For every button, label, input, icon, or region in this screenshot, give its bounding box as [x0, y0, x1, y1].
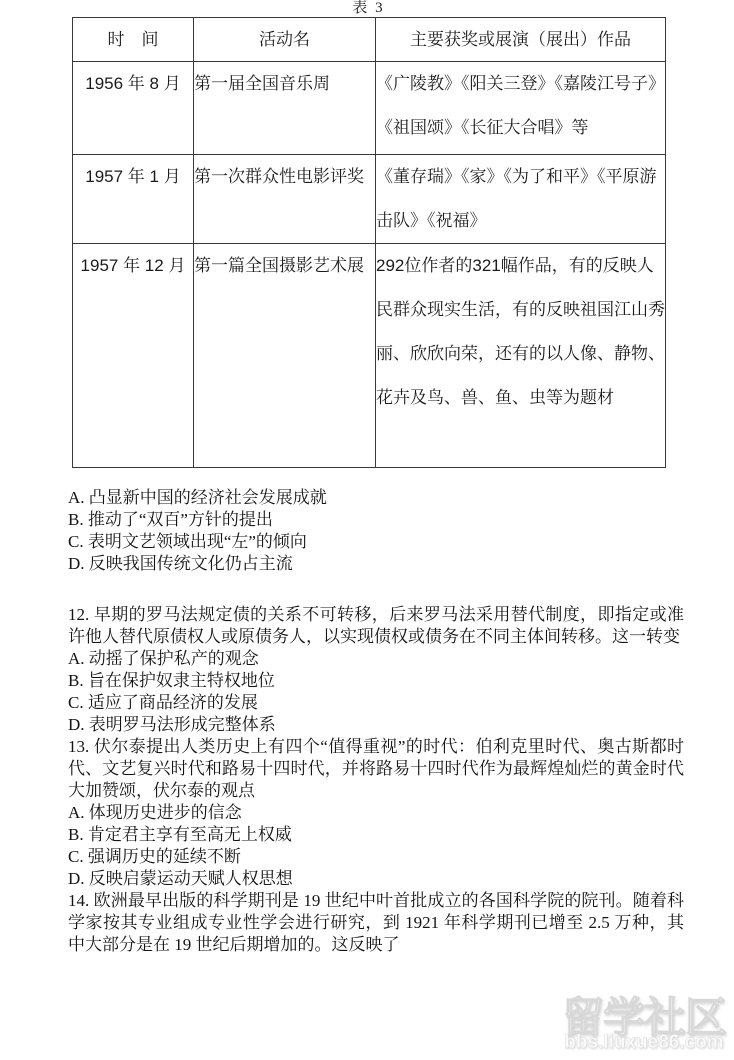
row2-works: 《董存瑞》《家》《为了和平》《平原游击队》《祝福》 [376, 155, 666, 244]
option-12-b: B. 旨在保护奴隶主特权地位 [68, 670, 684, 692]
spacer [68, 575, 684, 604]
row1-works: 《广陵教》《阳关三登》《嘉陵江号子》《祖国颂》《长征大合唱》等 [376, 62, 666, 155]
option-13-c: C. 强调历史的延续不断 [68, 846, 684, 868]
option-13-b: B. 肯定君主享有至高无上权威 [68, 824, 684, 846]
question-12-stem: 12. 早期的罗马法规定债的关系不可转移，后来罗马法采用替代制度，即指定或准许他… [68, 604, 684, 648]
option-11-b: B. 推动了“双百”方针的提出 [68, 509, 684, 531]
option-13-d: D. 反映启蒙运动天赋人权思想 [68, 868, 684, 890]
question-11-options: A. 凸显新中国的经济社会发展成就 B. 推动了“双百”方针的提出 C. 表明文… [68, 487, 684, 575]
option-12-d: D. 表明罗马法形成完整体系 [68, 714, 684, 736]
row1-activity: 第一届全国音乐周 [194, 62, 376, 155]
option-13-a: A. 体现历史进步的信念 [68, 802, 684, 824]
option-11-a: A. 凸显新中国的经济社会发展成就 [68, 487, 684, 509]
option-12-a: A. 动摇了保护私产的观念 [68, 648, 684, 670]
watermark-url: bbs.liuxue86.com [554, 1032, 734, 1054]
question-12-options: A. 动摇了保护私产的观念 B. 旨在保护奴隶主特权地位 C. 适应了商品经济的… [68, 648, 684, 736]
option-11-d: D. 反映我国传统文化仍占主流 [68, 553, 684, 575]
document-page: 表 3 时 间 活动名 主要获奖或展演（展出）作品 1956 年 8 月 第一届… [0, 0, 734, 1060]
table-row: 1957 年 1 月 第一次群众性电影评奖 《董存瑞》《家》《为了和平》《平原游… [73, 155, 666, 244]
question-13-options: A. 体现历史进步的信念 B. 肯定君主享有至高无上权威 C. 强调历史的延续不… [68, 802, 684, 890]
watermark: 留学社区 bbs.liuxue86.com [554, 997, 734, 1054]
table-header-row: 时 间 活动名 主要获奖或展演（展出）作品 [73, 18, 666, 62]
row2-time: 1957 年 1 月 [73, 155, 194, 244]
question-14-stem: 14. 欧洲最早出版的科学期刊是 19 世纪中叶首批成立的各国科学院的院刊。随着… [68, 890, 684, 956]
row2-activity: 第一次群众性电影评奖 [194, 155, 376, 244]
header-works: 主要获奖或展演（展出）作品 [376, 18, 666, 62]
awards-table: 时 间 活动名 主要获奖或展演（展出）作品 1956 年 8 月 第一届全国音乐… [72, 17, 666, 468]
header-time: 时 间 [73, 18, 194, 62]
row3-activity: 第一篇全国摄影艺术展 [194, 244, 376, 468]
question-13-stem: 13. 伏尔泰提出人类历史上有四个“值得重视”的时代：伯利克里时代、奥古斯都时代… [68, 736, 684, 802]
option-11-c: C. 表明文艺领域出现“左”的倾向 [68, 531, 684, 553]
row1-time: 1956 年 8 月 [73, 62, 194, 155]
option-12-c: C. 适应了商品经济的发展 [68, 692, 684, 714]
header-activity: 活动名 [194, 18, 376, 62]
questions-section: A. 凸显新中国的经济社会发展成就 B. 推动了“双百”方针的提出 C. 表明文… [68, 487, 684, 956]
table-row: 1956 年 8 月 第一届全国音乐周 《广陵教》《阳关三登》《嘉陵江号子》《祖… [73, 62, 666, 155]
table-row: 1957 年 12 月 第一篇全国摄影艺术展 292位作者的321幅作品，有的反… [73, 244, 666, 468]
watermark-logo-text: 留学社区 [554, 997, 734, 1039]
row3-time: 1957 年 12 月 [73, 244, 194, 468]
row3-works: 292位作者的321幅作品，有的反映人民群众现实生活，有的反映祖国江山秀丽、欣欣… [376, 244, 666, 468]
table-caption: 表 3 [72, 0, 665, 17]
